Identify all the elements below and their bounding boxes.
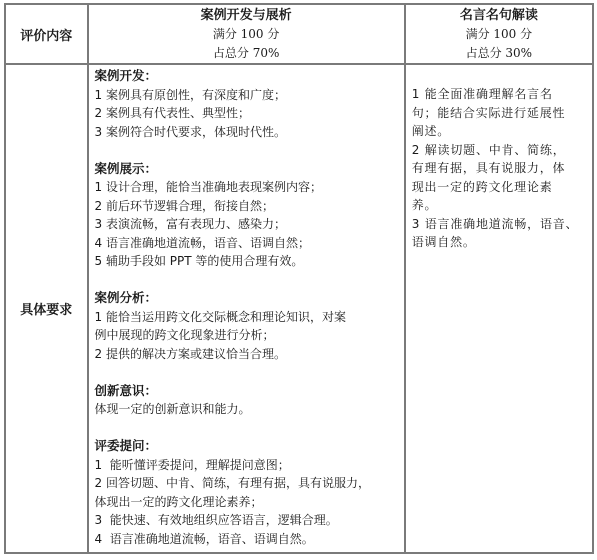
requirement-item: 5 辅助手段如 PPT 等的使用合理有效。	[95, 252, 398, 271]
requirement-line: 现出一定的跨文化理论素	[412, 178, 586, 197]
requirement-line: 句；能结合实际进行延展性	[412, 104, 586, 123]
spacer	[95, 363, 398, 382]
header-case-development: 案例开发与展析 满分 100 分 占总分 70%	[88, 4, 405, 64]
quote-interpretation-full-score: 满分 100 分	[406, 25, 592, 44]
case-development-full-score: 满分 100 分	[89, 25, 404, 44]
requirement-line: 语调自然。	[412, 233, 586, 252]
section-innovation: 创新意识： 体现一定的创新意识和能力。	[95, 382, 398, 419]
requirement-item: 体现一定的创新意识和能力。	[95, 400, 398, 419]
requirement-item: 1 能听懂评委提问，理解提问意图；	[95, 456, 398, 475]
requirements-row-label: 具体要求	[5, 64, 88, 553]
section-judge-questions: 评委提问： 1 能听懂评委提问，理解提问意图； 2 回答切题、中肯、简练，有理有…	[95, 437, 398, 548]
case-development-title: 案例开发与展析	[89, 6, 404, 25]
requirement-item: 4 语言准确地道流畅，语音、语调自然；	[95, 234, 398, 253]
section-case-analysis: 案例分析： 1 能恰当运用跨文化交际概念和理论知识，对案 例中展现的跨文化现象进…	[95, 289, 398, 363]
requirement-item: 1 案例具有原创性，有深度和广度；	[95, 86, 398, 105]
requirement-item: 体现出一定的跨文化理论素养；	[95, 493, 398, 512]
case-development-weight: 占总分 70%	[89, 44, 404, 63]
header-row-label: 评价内容	[5, 4, 88, 64]
requirement-item: 2 回答切题、中肯、简练，有理有据，具有说服力，	[95, 474, 398, 493]
requirement-item: 例中展现的跨文化现象进行分析；	[95, 326, 398, 345]
section-title: 案例开发：	[95, 67, 398, 86]
spacer	[95, 419, 398, 438]
section-case-development: 案例开发： 1 案例具有原创性，有深度和广度； 2 案例具有代表性、典型性； 3…	[95, 67, 398, 141]
requirement-item: 4 语言准确地道流畅，语音、语调自然。	[95, 530, 398, 549]
evaluation-criteria-table: 评价内容 案例开发与展析 满分 100 分 占总分 70% 名言名句解读 满分 …	[4, 3, 594, 554]
section-title: 评委提问：	[95, 437, 398, 456]
section-title: 案例展示：	[95, 160, 398, 179]
requirement-item: 1 能恰当运用跨文化交际概念和理论知识，对案	[95, 308, 398, 327]
requirement-line: 2 解读切题、中肯、简练，	[412, 141, 586, 160]
header-quote-interpretation: 名言名句解读 满分 100 分 占总分 30%	[405, 4, 593, 64]
quote-interpretation-requirements: 1 能全面准确理解名言名 句；能结合实际进行延展性 阐述。 2 解读切题、中肯、…	[405, 64, 593, 553]
spacer	[95, 141, 398, 160]
spacer	[95, 271, 398, 290]
requirement-line: 1 能全面准确理解名言名	[412, 85, 586, 104]
requirement-line: 阐述。	[412, 122, 586, 141]
case-development-requirements: 案例开发： 1 案例具有原创性，有深度和广度； 2 案例具有代表性、典型性； 3…	[88, 64, 405, 553]
section-title: 创新意识：	[95, 382, 398, 401]
requirement-line: 有理有据，具有说服力，体	[412, 159, 586, 178]
section-title: 案例分析：	[95, 289, 398, 308]
requirement-item: 2 前后环节逻辑合理，衔接自然；	[95, 197, 398, 216]
requirement-item: 2 案例具有代表性、典型性；	[95, 104, 398, 123]
requirement-item: 3 案例符合时代要求，体现时代性。	[95, 123, 398, 142]
requirements-row: 具体要求 案例开发： 1 案例具有原创性，有深度和广度； 2 案例具有代表性、典…	[5, 64, 593, 553]
header-row: 评价内容 案例开发与展析 满分 100 分 占总分 70% 名言名句解读 满分 …	[5, 4, 593, 64]
quote-interpretation-weight: 占总分 30%	[406, 44, 592, 63]
requirement-line: 3 语言准确地道流畅，语音、	[412, 215, 586, 234]
quote-interpretation-title: 名言名句解读	[406, 6, 592, 25]
requirement-item: 1 设计合理，能恰当准确地表现案例内容；	[95, 178, 398, 197]
section-case-presentation: 案例展示： 1 设计合理，能恰当准确地表现案例内容； 2 前后环节逻辑合理，衔接…	[95, 160, 398, 271]
requirement-line: 养。	[412, 196, 586, 215]
requirement-item: 3 能快速、有效地组织应答语言，逻辑合理。	[95, 511, 398, 530]
requirement-item: 2 提供的解决方案或建议恰当合理。	[95, 345, 398, 364]
requirement-item: 3 表演流畅，富有表现力、感染力；	[95, 215, 398, 234]
